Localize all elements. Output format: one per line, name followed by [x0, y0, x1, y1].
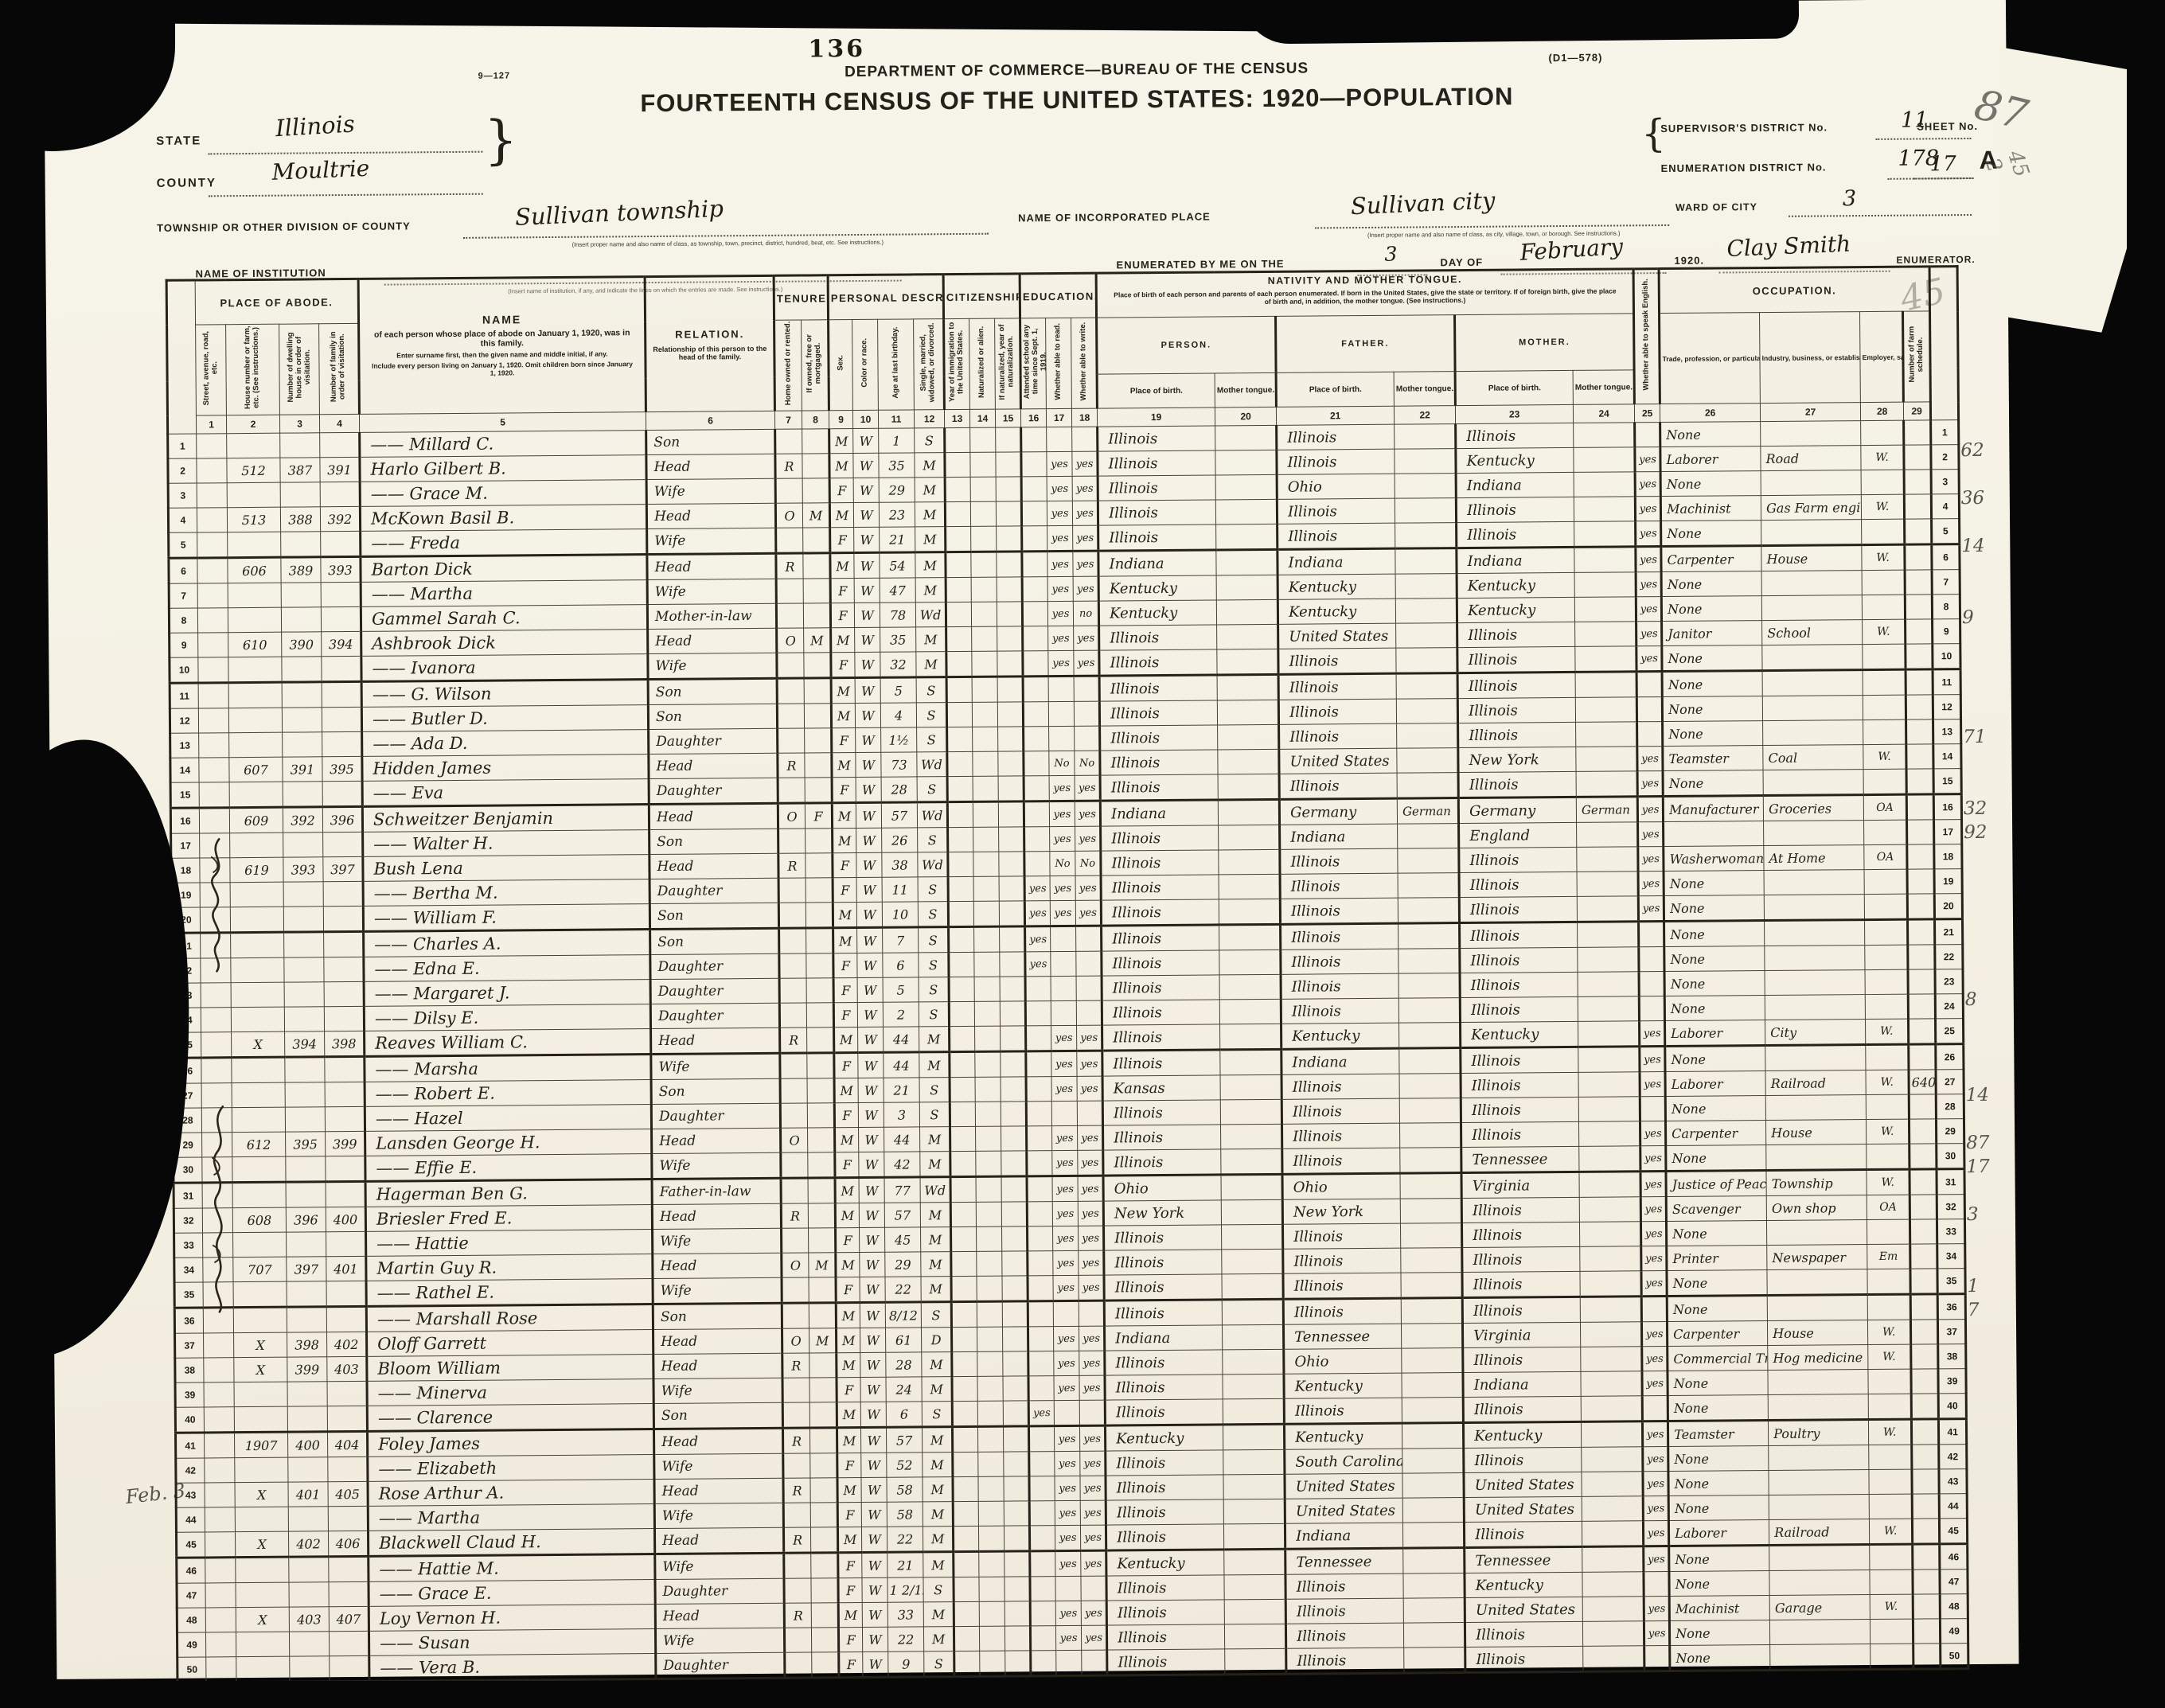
col-number: 6	[646, 411, 774, 430]
cell-sex: M	[834, 1078, 858, 1103]
cell-age: 57	[881, 802, 917, 828]
cell-race: W	[858, 1078, 884, 1102]
cell-naturalized	[971, 602, 997, 626]
cell-age: 22	[885, 1277, 921, 1302]
cell-race: W	[862, 1527, 887, 1552]
cell-farm-schedule	[1908, 919, 1935, 945]
cell-industry	[1761, 595, 1862, 621]
cell-person-mother-tongue	[1219, 899, 1280, 925]
cell-occupation: Teamster	[1668, 1421, 1769, 1447]
cell-person-mother-tongue	[1219, 999, 1281, 1024]
cell-mother-birthplace: Kentucky	[1465, 1572, 1582, 1597]
department-line: DEPARTMENT OF COMMERCE—BUREAU OF THE CEN…	[599, 58, 1555, 83]
cell-mother-mother-tongue	[1578, 1072, 1640, 1098]
cell-race: W	[853, 502, 879, 527]
cell-farm-schedule	[1911, 1320, 1938, 1344]
cell-able-to-read: yes	[1052, 1150, 1078, 1176]
cell-mortgage	[802, 454, 829, 478]
cell-race: W	[862, 1552, 887, 1577]
cell-relation: Head	[654, 1478, 783, 1503]
cell-industry: Gas Farm engine	[1761, 495, 1861, 521]
cell-home-owned	[778, 829, 806, 853]
cell-race: W	[859, 1177, 884, 1203]
cell-mother-birthplace: England	[1459, 822, 1577, 848]
cell-able-to-write: yes	[1080, 1425, 1106, 1451]
cell-age: 77	[884, 1177, 920, 1203]
cell-mortgage	[806, 878, 833, 903]
cell-immigration-year	[951, 1226, 977, 1251]
cell-home-owned	[779, 1003, 806, 1028]
cell-person-mother-tongue	[1221, 1124, 1282, 1149]
cell-able-to-write: yes	[1079, 1226, 1104, 1250]
cell-mother-mother-tongue	[1579, 1197, 1640, 1223]
cell-industry	[1765, 946, 1865, 971]
row-number-right: 49	[1941, 1619, 1968, 1644]
cell-person-mother-tongue	[1218, 799, 1279, 825]
cell-race: W	[856, 727, 881, 752]
cell-race: W	[854, 602, 880, 627]
cell-mortgage	[802, 429, 829, 454]
cell-dwelling-number: 394	[285, 1031, 325, 1057]
cell-naturalization-year	[1001, 1126, 1027, 1151]
cell-father-birthplace: Illinois	[1277, 449, 1395, 474]
cell-naturalization-year	[1000, 1001, 1025, 1026]
cell-mother-mother-tongue	[1581, 1347, 1642, 1372]
cell-farm-schedule	[1906, 794, 1933, 820]
row-number-right: 42	[1939, 1445, 1967, 1469]
cell-farm-schedule	[1913, 1544, 1940, 1570]
cell-employment-class	[1867, 1294, 1910, 1320]
cell-marital: M	[923, 1527, 954, 1552]
cell-occupation: None	[1664, 895, 1764, 922]
cell-naturalized	[978, 1452, 1004, 1476]
col-number: 9	[829, 411, 852, 429]
cell-father-birthplace: Illinois	[1278, 699, 1396, 724]
row-number-left: 44	[176, 1507, 205, 1532]
row-number-right: 48	[1940, 1594, 1968, 1619]
cell-race: W	[860, 1352, 886, 1377]
form-code: 9—127	[478, 71, 511, 80]
cell-home-owned	[776, 528, 803, 553]
cell-occupation: Laborer	[1665, 1020, 1765, 1047]
cell-relation: Head	[653, 1253, 782, 1278]
name-header: NAME of each person whose place of abode…	[358, 277, 646, 415]
cell-family-number: 407	[329, 1606, 369, 1631]
cell-sex: M	[834, 1028, 858, 1053]
cell-immigration-year	[954, 1651, 980, 1676]
cell-farm-schedule	[1906, 695, 1933, 719]
cell-farm-schedule	[1904, 445, 1931, 470]
cell-occupation: Laborer	[1669, 1520, 1769, 1546]
cell-relation: Son	[649, 829, 778, 854]
cell-immigration-year	[945, 427, 970, 452]
cell-naturalization-year	[1001, 1151, 1027, 1176]
cell-name: —— Vera B.	[369, 1654, 656, 1682]
cell-mother-birthplace: Illinois	[1459, 847, 1577, 872]
cell-naturalized	[974, 977, 1000, 1001]
row-number-right: 29	[1937, 1119, 1964, 1144]
cell-person-mother-tongue	[1215, 499, 1277, 524]
cell-naturalized	[979, 1601, 1004, 1626]
cell-mother-birthplace: Indiana	[1456, 472, 1574, 497]
cell-house-number	[232, 1057, 285, 1083]
age-col-header: Age at last birthday.	[878, 319, 915, 410]
cell-mother-birthplace: Kentucky	[1464, 1421, 1582, 1448]
cell-able-to-write: yes	[1074, 650, 1099, 676]
cell-naturalization-year	[1002, 1251, 1028, 1276]
cell-age: 58	[887, 1502, 923, 1527]
cell-naturalization-year	[1001, 1051, 1026, 1077]
cell-occupation: None	[1660, 471, 1761, 497]
cell-age: 44	[884, 1052, 919, 1078]
cell-age: 28	[886, 1352, 922, 1377]
cell-dwelling-number	[284, 982, 324, 1007]
cell-father-mother-tongue	[1395, 449, 1456, 474]
cell-age: 1	[879, 428, 915, 453]
cell-mortgage	[804, 704, 831, 728]
row-number-left: 15	[170, 782, 199, 808]
cell-able-to-write: yes	[1078, 1176, 1103, 1201]
cell-age: 52	[887, 1453, 923, 1477]
cell-sex: M	[833, 829, 856, 853]
cell-employment-class	[1863, 669, 1906, 695]
cell-street	[198, 683, 228, 708]
cell-house-number	[227, 433, 280, 458]
cell-father-mother-tongue	[1402, 1423, 1464, 1449]
cell-able-to-write	[1076, 926, 1102, 951]
cell-mother-mother-tongue	[1579, 1172, 1640, 1198]
cell-name: —— Margaret J.	[364, 980, 650, 1007]
cell-speaks-english: yes	[1638, 872, 1664, 896]
cell-relation: Son	[653, 1402, 782, 1429]
cell-mother-mother-tongue	[1578, 922, 1639, 948]
cell-street	[201, 1058, 232, 1083]
cell-mother-mother-tongue	[1575, 672, 1636, 698]
cell-home-owned: R	[784, 1527, 811, 1553]
cell-naturalized	[977, 1251, 1002, 1276]
row-number-left: 34	[174, 1258, 203, 1282]
cell-industry: Own shop	[1766, 1195, 1867, 1221]
cell-dwelling-number	[288, 1507, 328, 1531]
cell-speaks-english: yes	[1643, 1472, 1668, 1496]
cell-name: Bloom William	[367, 1355, 653, 1382]
cell-able-to-write	[1074, 676, 1099, 701]
cell-dwelling-number	[285, 1107, 325, 1132]
cell-dwelling-number: 389	[281, 557, 321, 583]
cell-house-number	[232, 1107, 285, 1133]
cell-immigration-year	[946, 552, 971, 577]
cell-immigration-year	[946, 577, 971, 602]
cell-naturalization-year	[1001, 1202, 1027, 1226]
cell-immigration-year	[953, 1452, 978, 1476]
cell-person-mother-tongue	[1220, 1024, 1281, 1050]
cell-marital: M	[923, 1427, 953, 1453]
cell-immigration-year	[951, 1301, 977, 1327]
census-rows: 1—— Millard C.SonMW1SIllinoisIllinoisIll…	[168, 420, 1968, 1683]
cell-able-to-write	[1072, 427, 1098, 451]
cell-mother-birthplace: Illinois	[1456, 497, 1574, 522]
cell-marital: Wd	[918, 852, 948, 877]
cell-father-mother-tongue	[1398, 949, 1460, 974]
cell-speaks-english: yes	[1638, 847, 1664, 872]
cell-speaks-english: yes	[1640, 1047, 1665, 1072]
row-number-right: 40	[1938, 1394, 1966, 1419]
cell-dwelling-number: 390	[282, 632, 322, 657]
cell-marital: M	[923, 1502, 953, 1527]
cell-person-birthplace: Illinois	[1104, 1274, 1222, 1300]
cell-mortgage: M	[804, 628, 831, 653]
naturalization-year-col-header: If naturalized, year of naturalization.	[995, 318, 1021, 409]
cell-house-number: X	[234, 1357, 287, 1382]
cell-naturalization-year	[1005, 1651, 1031, 1676]
cell-speaks-english: yes	[1642, 1371, 1668, 1396]
scanned-census-page: 136 9—127 DEPARTMENT OF COMMERCE—BUREAU …	[0, 0, 2165, 1708]
cell-age: 57	[884, 1203, 920, 1227]
cell-sex: M	[831, 678, 855, 704]
cell-able-to-read: yes	[1049, 801, 1075, 826]
cell-dwelling-number	[289, 1557, 329, 1582]
cell-speaks-english	[1636, 697, 1662, 722]
cell-able-to-read: yes	[1053, 1226, 1079, 1250]
row-number-left: 13	[170, 733, 199, 758]
cell-father-mother-tongue	[1399, 1098, 1461, 1124]
cell-farm-schedule	[1908, 969, 1935, 994]
cell-name: —— Eva	[362, 779, 649, 807]
mortgage-col-header: If owned, free or mortgaged.	[802, 320, 829, 411]
cell-industry	[1765, 1095, 1866, 1121]
row-number-left: 37	[175, 1333, 204, 1358]
cell-street	[197, 508, 227, 532]
cell-able-to-read: yes	[1053, 1250, 1079, 1275]
cell-naturalization-year	[997, 677, 1023, 702]
cell-able-to-read	[1056, 1650, 1082, 1675]
cell-name: —— Charles A.	[364, 930, 650, 957]
cell-age: 44	[884, 1027, 919, 1052]
cell-house-number	[231, 957, 284, 983]
cell-able-to-read	[1049, 726, 1075, 751]
cell-immigration-year	[949, 977, 974, 1001]
cell-street	[197, 583, 228, 608]
cell-able-to-write: yes	[1079, 1351, 1105, 1375]
cell-father-mother-tongue	[1396, 699, 1457, 724]
cell-sex: F	[835, 1152, 859, 1178]
cell-naturalization-year	[999, 876, 1024, 901]
cell-family-number	[330, 1655, 369, 1681]
cell-employment-class	[1870, 1544, 1913, 1570]
cell-farm-schedule	[1907, 894, 1934, 919]
cell-marital: M	[915, 552, 946, 578]
cell-naturalization-year	[1000, 977, 1025, 1001]
cell-relation: Wife	[646, 478, 775, 504]
pencil-margin-note: 3	[1967, 1204, 1979, 1225]
cell-mother-mother-tongue	[1574, 547, 1636, 573]
cell-naturalized	[977, 1401, 1003, 1426]
cell-name: —— Butler D.	[361, 705, 648, 732]
cell-person-mother-tongue	[1223, 1474, 1285, 1499]
cell-able-to-write: yes	[1079, 1375, 1105, 1400]
cell-mother-birthplace: Kentucky	[1456, 447, 1574, 473]
cell-marital: M	[915, 578, 946, 602]
cell-employment-class: W.	[1868, 1344, 1911, 1369]
cell-name: Reaves William C.	[365, 1029, 651, 1057]
cell-mortgage	[810, 1478, 837, 1503]
cell-mother-birthplace: Illinois	[1460, 922, 1578, 948]
plate-code: (D1—578)	[1548, 52, 1602, 64]
cell-person-mother-tongue	[1217, 674, 1278, 700]
cell-mortgage	[806, 853, 833, 878]
cell-person-mother-tongue	[1219, 974, 1281, 1000]
cell-person-birthplace: Illinois	[1105, 1375, 1223, 1400]
col-number: 4	[319, 414, 359, 432]
cell-marital: M	[916, 627, 946, 652]
cell-speaks-english: yes	[1635, 447, 1660, 472]
cell-race: W	[856, 828, 882, 852]
cell-relation: Wife	[653, 1228, 782, 1254]
cell-immigration-year	[950, 1102, 975, 1126]
cell-naturalization-year	[1003, 1376, 1028, 1401]
cell-farm-schedule: 640	[1909, 1070, 1936, 1094]
cell-speaks-english: yes	[1641, 1222, 1667, 1246]
cell-father-birthplace: Illinois	[1278, 673, 1396, 700]
cell-attended-school	[1028, 1301, 1053, 1327]
occupation-header: OCCUPATION.	[1659, 267, 1929, 314]
supervisor-district-label: SUPERVISOR'S DISTRICT No.	[1660, 121, 1828, 135]
pencil-margin-note: 14	[1966, 1085, 1989, 1106]
cell-street	[197, 608, 228, 633]
cell-person-birthplace: Kentucky	[1106, 1425, 1223, 1451]
cell-employment-class	[1865, 994, 1908, 1019]
cell-name: —— Martha	[361, 580, 647, 607]
cell-employment-class: W.	[1866, 1019, 1909, 1044]
cell-home-owned: O	[777, 628, 804, 653]
cell-speaks-english: yes	[1640, 1072, 1665, 1097]
cell-person-mother-tongue	[1218, 749, 1279, 774]
cell-name: Hagerman Ben G.	[365, 1180, 652, 1207]
cell-marital: S	[919, 1002, 949, 1027]
cell-marital: Wd	[915, 602, 946, 627]
cell-employment-class	[1870, 1619, 1913, 1644]
cell-street	[205, 1632, 236, 1657]
cell-employment-class	[1866, 1044, 1909, 1070]
cell-attended-school	[1030, 1526, 1055, 1551]
cell-person-mother-tongue	[1221, 1148, 1282, 1175]
cell-mother-mother-tongue	[1580, 1297, 1641, 1323]
cell-immigration-year	[946, 626, 972, 651]
cell-person-birthplace: Illinois	[1102, 1024, 1220, 1051]
cell-occupation: None	[1665, 1046, 1765, 1072]
cell-mother-mother-tongue	[1577, 822, 1638, 848]
cell-industry: Township	[1766, 1170, 1867, 1196]
col-number: 23	[1456, 404, 1574, 423]
cell-mother-mother-tongue	[1578, 1097, 1640, 1122]
cell-race: W	[862, 1627, 887, 1651]
cell-person-mother-tongue	[1219, 874, 1280, 899]
cell-naturalization-year	[1003, 1327, 1028, 1351]
cell-age: 33	[887, 1602, 923, 1627]
col-number: 11	[878, 410, 914, 428]
cell-name: Harlo Gilbert B.	[360, 455, 646, 482]
scan-edge-bottom	[0, 1681, 2165, 1708]
cell-mother-birthplace: Illinois	[1460, 972, 1578, 997]
cell-able-to-read: yes	[1049, 775, 1075, 801]
cell-mother-mother-tongue	[1580, 1246, 1641, 1272]
cell-attended-school	[1028, 1376, 1054, 1401]
cell-race: W	[860, 1227, 885, 1252]
cell-relation: Head	[649, 803, 778, 829]
row-number-left: 7	[169, 583, 197, 608]
cell-able-to-write: yes	[1075, 875, 1101, 900]
cell-able-to-read	[1051, 1000, 1076, 1025]
cell-occupation: None	[1664, 921, 1765, 947]
cell-relation: Daughter	[649, 878, 778, 903]
cell-race: W	[854, 527, 880, 552]
cell-mother-birthplace: Illinois	[1459, 896, 1577, 922]
cell-person-mother-tongue	[1225, 1648, 1286, 1675]
cell-person-mother-tongue	[1224, 1549, 1285, 1575]
cell-sex: F	[837, 1453, 861, 1477]
cell-family-number	[329, 1581, 369, 1606]
col-number: 5	[360, 412, 646, 433]
cell-immigration-year	[947, 776, 973, 801]
cell-home-owned: R	[776, 553, 803, 579]
cell-occupation: None	[1662, 696, 1762, 722]
mother-pob-header: Place of birth.	[1455, 370, 1573, 405]
cell-street	[205, 1583, 236, 1608]
cell-occupation: Teamster	[1663, 746, 1763, 771]
cell-mother-birthplace: United States	[1465, 1597, 1582, 1622]
cell-house-number	[231, 932, 284, 958]
cell-farm-schedule	[1912, 1469, 1939, 1494]
cell-able-to-write: yes	[1077, 1076, 1102, 1101]
cell-house-number	[234, 1382, 287, 1407]
cell-mortgage	[809, 1378, 837, 1402]
cell-father-mother-tongue	[1398, 973, 1460, 999]
cell-house-number	[228, 532, 281, 558]
cell-race: W	[856, 777, 881, 802]
cell-able-to-write: yes	[1078, 1201, 1103, 1226]
cell-naturalization-year	[1001, 1077, 1026, 1102]
cell-mother-birthplace: Illinois	[1461, 1121, 1579, 1147]
cell-father-birthplace: Illinois	[1284, 1398, 1402, 1424]
cell-farm-schedule	[1912, 1445, 1939, 1469]
cell-home-owned	[776, 579, 803, 603]
cell-street	[197, 458, 227, 483]
cell-industry	[1761, 470, 1861, 496]
col-number: 8	[802, 411, 829, 429]
cell-race: W	[860, 1402, 886, 1427]
cell-able-to-write: yes	[1075, 826, 1101, 851]
cell-person-mother-tongue	[1216, 575, 1278, 600]
cell-industry	[1769, 1445, 1869, 1471]
cell-able-to-write: yes	[1080, 1476, 1106, 1500]
cell-immigration-year	[951, 1276, 977, 1301]
cell-age: 47	[880, 578, 915, 602]
cell-family-number	[326, 1231, 366, 1256]
pencil-margin-note: 62	[1960, 440, 1984, 461]
cell-naturalized	[970, 452, 996, 477]
cell-sex: F	[832, 778, 856, 803]
cell-marital: S	[919, 953, 949, 977]
cell-person-birthplace: Illinois	[1105, 1350, 1223, 1375]
cell-person-birthplace: Illinois	[1099, 675, 1217, 701]
cell-marital: M	[922, 1377, 952, 1402]
cell-marital: M	[920, 1152, 950, 1177]
cell-naturalization-year	[997, 552, 1022, 577]
cell-farm-schedule	[1912, 1419, 1939, 1445]
cell-sex: M	[833, 928, 857, 953]
cell-dwelling-number	[284, 1007, 324, 1031]
cell-farm-schedule	[1910, 1219, 1937, 1244]
